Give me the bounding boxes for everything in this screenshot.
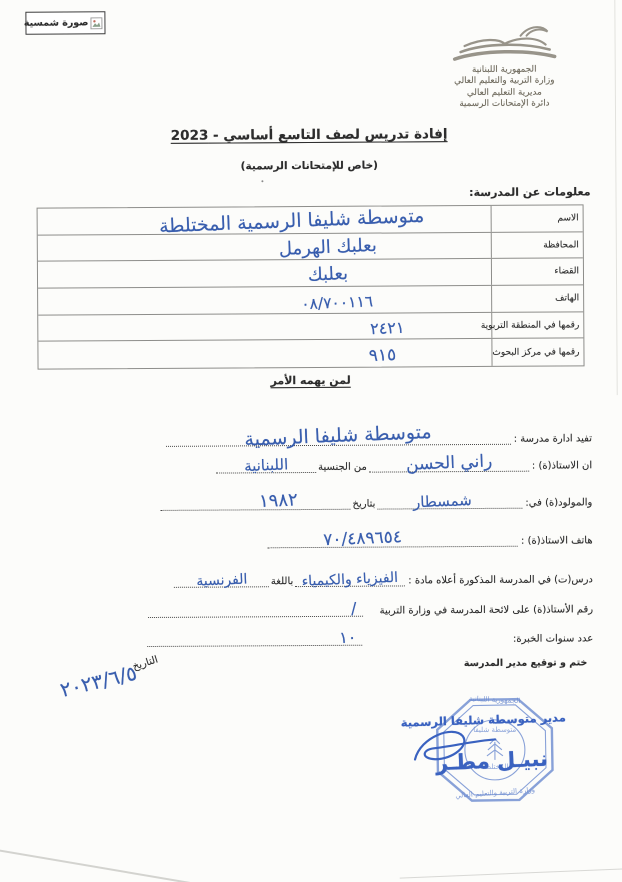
scanned-document: صورة شمسية الجمهورية اللبنانية وزارة الت… — [0, 0, 622, 882]
form-line-roster-number: رقم الأستاذ(ة) على لائحة المدرسة في وزار… — [148, 602, 593, 618]
handwritten-language: الفرنسية — [196, 572, 248, 590]
language-connector-text: باللغة — [271, 576, 293, 587]
row-label: القضاء — [491, 259, 583, 285]
handwritten-roster-mark: / — [351, 599, 357, 618]
handwritten-subject: الفيزياء والكيمياء — [302, 570, 399, 590]
school-info-heading: معلومات عن المدرسة: — [469, 185, 590, 199]
handwritten-value: ٢٤٢١ — [370, 318, 405, 338]
field-label: رقم الأستاذ(ة) على لائحة المدرسة في وزار… — [377, 604, 593, 616]
dotted-line: ١٠ — [147, 633, 362, 647]
handwritten-phone: ٧٠/٤٨٩٦٥٤ — [323, 527, 403, 550]
dotted-line: الفرنسية — [174, 574, 269, 588]
form-line-experience: عدد سنوات الخبرة: ١٠ — [147, 631, 593, 647]
field-label: ان الاستاذ(ة) : — [529, 460, 592, 471]
row-value-cell: بعلبك — [38, 259, 491, 287]
scan-edge-line — [614, 0, 617, 395]
field-label: هاتف الاستاذ(ة) : — [518, 535, 593, 546]
form-line-school: تفيد ادارة مدرسة : متوسطة شليفا الرسمية — [166, 431, 592, 447]
principal-name: نبيـل مطـر — [436, 747, 549, 776]
handwritten-value: ٩١٥ — [369, 345, 397, 366]
field-label: تفيد ادارة مدرسة : — [511, 433, 592, 444]
scan-edge-line — [0, 848, 204, 882]
form-line-subject: درس(ت) في المدرسة المذكورة أعلاه مادة : … — [174, 572, 593, 588]
letterhead-line-4: دائرة الإمتحانات الرسمية — [407, 98, 602, 111]
row-value-cell: ٢٤٢١ — [38, 313, 491, 341]
photo-box-label: صورة شمسية — [24, 17, 89, 28]
handwritten-birthplace: شمسطار — [413, 491, 472, 511]
document-subtitle: (خاص للإمتحانات الرسمية) — [0, 158, 620, 174]
date-connector-text: بتاريخ — [352, 499, 375, 510]
school-info-table: الاسم متوسطة شليفا الرسمية المختلطة المح… — [37, 204, 585, 369]
dotted-line: راني الحسن — [369, 459, 529, 473]
dotted-line: الفيزياء والكيمياء — [295, 573, 405, 587]
handwritten-value: بعلبك الهرمل — [278, 235, 377, 260]
handwritten-date: ٢٠٢٣/٦/٥ — [58, 661, 139, 702]
table-row-edu-region-number: رقمها في المنطقة التربوية ٢٤٢١ — [38, 312, 583, 342]
row-label: رقمها في المنطقة التربوية — [491, 312, 583, 338]
form-line-teacher: ان الاستاذ(ة) : راني الحسن من الجنسية ال… — [216, 458, 592, 473]
handwritten-experience-years: ١٠ — [338, 627, 356, 647]
table-row-governorate: المحافظة بعلبك الهرمل — [38, 232, 583, 262]
dotted-line: متوسطة شليفا الرسمية — [166, 432, 511, 447]
scan-speck — [261, 180, 263, 182]
open-book-logo-icon — [406, 18, 601, 65]
table-row-name: الاسم متوسطة شليفا الرسمية المختلطة — [38, 205, 583, 235]
row-value-cell: بعلبك الهرمل — [38, 233, 491, 261]
form-line-birth: والمولود(ة) في: شمسطار بتاريخ ١٩٨٢ — [160, 495, 592, 511]
scan-edge-line — [400, 868, 622, 879]
table-row-research-center-number: رقمها في مركز البحوث ٩١٥ — [38, 339, 583, 369]
row-label: الهاتف — [491, 285, 583, 311]
broken-image-icon — [90, 17, 102, 29]
handwritten-value: بعلبك — [307, 263, 348, 286]
row-value-cell: ٠٨/٧٠٠١١٦ — [38, 286, 491, 314]
form-line-teacher-phone: هاتف الاستاذ(ة) : ٧٠/٤٨٩٦٥٤ — [268, 533, 593, 548]
table-row-district: القضاء بعلبك — [38, 259, 583, 289]
document-title: إفادة تدريس لصف التاسع أساسي - 2023 — [0, 125, 620, 145]
table-row-phone: الهاتف ٠٨/٧٠٠١١٦ — [38, 285, 583, 315]
document-content: صورة شمسية الجمهورية اللبنانية وزارة الت… — [0, 0, 622, 882]
handwritten-nationality: اللبنانية — [244, 455, 289, 475]
dotted-line: / — [148, 604, 363, 618]
handwritten-school-name: متوسطة شليفا الرسمية — [244, 421, 432, 451]
row-value-cell: متوسطة شليفا الرسمية المختلطة — [38, 206, 491, 234]
handwritten-value: ٠٨/٧٠٠١١٦ — [301, 292, 374, 313]
photo-placeholder-box: صورة شمسية — [25, 11, 105, 34]
principal-stamp: الجمهورية اللبنانية وزارة التربية والتعل… — [399, 678, 590, 821]
dotted-line: ٧٠/٤٨٩٦٥٤ — [268, 534, 518, 549]
row-value-cell: ٩١٥ — [38, 339, 491, 368]
nationality-connector-text: من الجنسية — [318, 462, 367, 473]
row-label: رقمها في مركز البحوث — [491, 339, 583, 366]
field-label: والمولود(ة) في: — [522, 497, 592, 508]
field-label: درس(ت) في المدرسة المذكورة أعلاه مادة : — [405, 574, 593, 586]
row-label: الاسم — [491, 205, 583, 231]
handwritten-teacher-name: راني الحسن — [405, 451, 492, 475]
to-whom-heading: لمن يهمه الأمر — [0, 372, 622, 389]
field-label: عدد سنوات الخبرة: — [510, 633, 593, 645]
ministry-letterhead: الجمهورية اللبنانية وزارة التربية والتعل… — [406, 18, 602, 111]
seal-caption: ختم و توقيع مدير المدرسة — [464, 657, 588, 669]
row-label: المحافظة — [491, 232, 583, 258]
handwritten-birth-year: ١٩٨٢ — [259, 489, 299, 512]
dotted-line: اللبنانية — [216, 460, 316, 474]
dotted-line: ١٩٨٢ — [160, 497, 350, 511]
dotted-line: شمسطار — [377, 496, 522, 510]
